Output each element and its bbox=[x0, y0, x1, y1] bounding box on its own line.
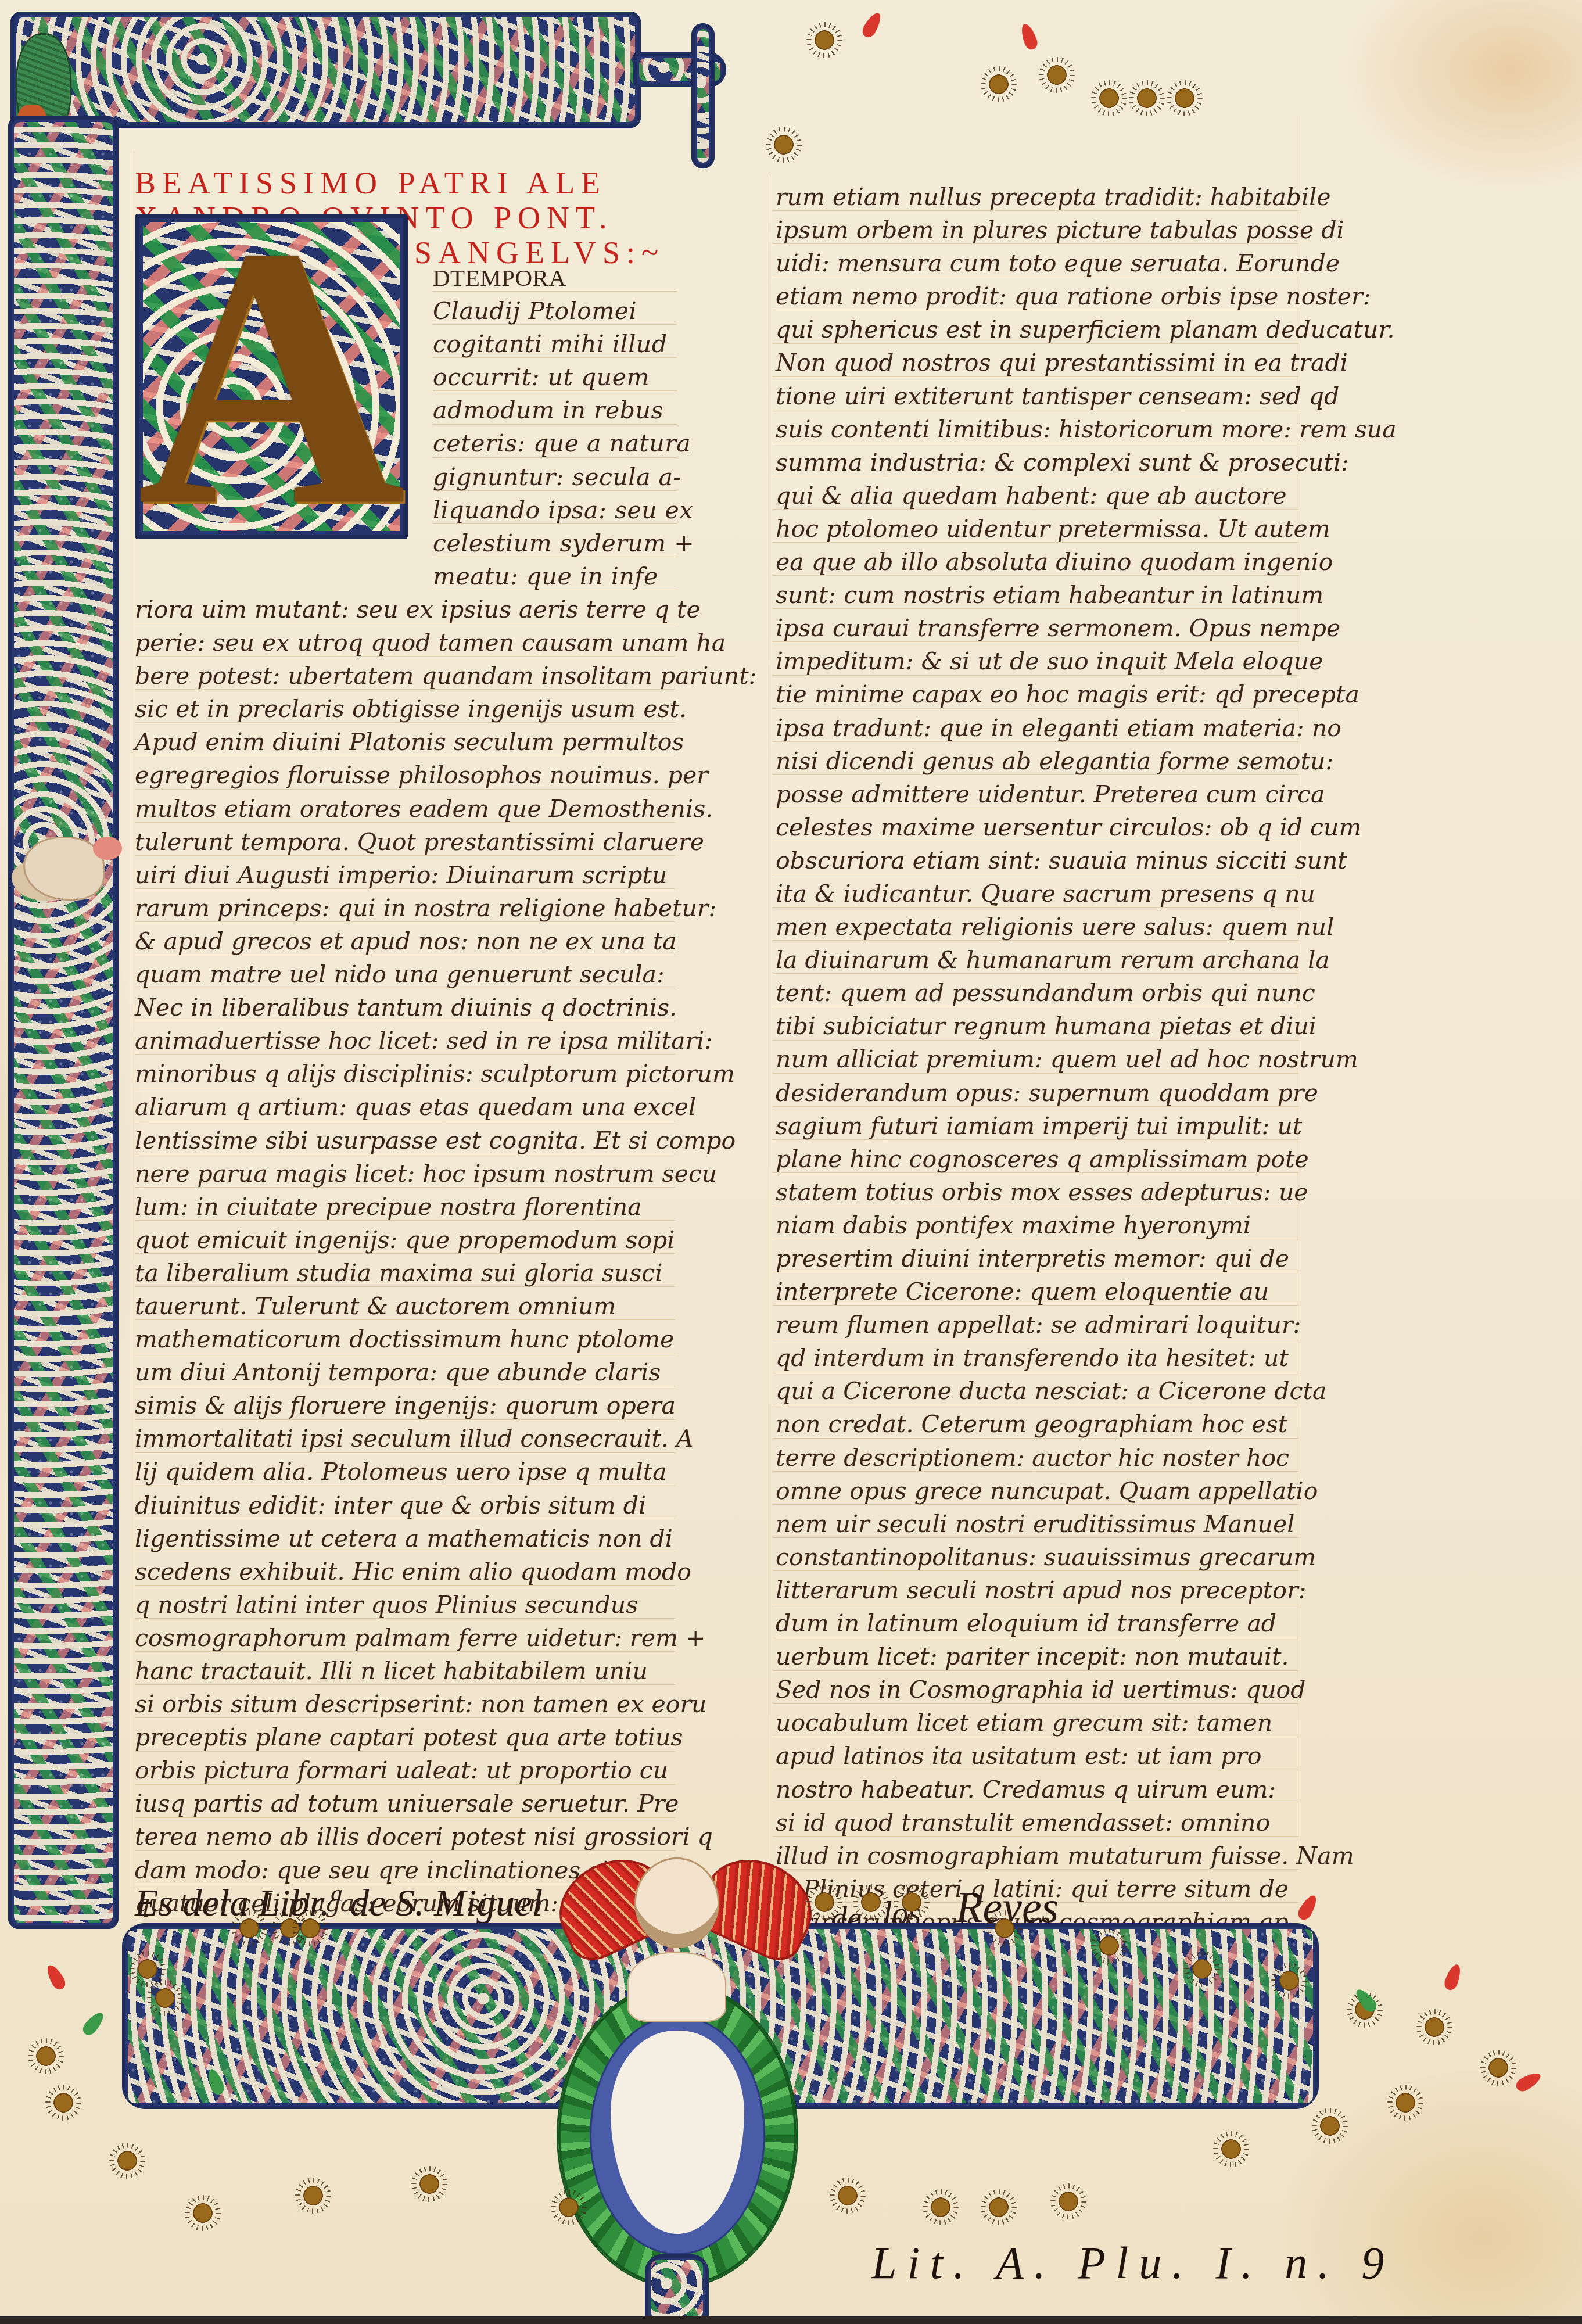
text-line: si orbis situm descripserint: non tamen … bbox=[135, 1688, 756, 1721]
text-line: sic et in preclaris obtigisse ingenijs u… bbox=[135, 693, 756, 726]
gold-dot-flourish-icon bbox=[993, 1917, 1016, 1939]
text-line: si id quod transtulit emendasset: omnino bbox=[776, 1806, 1397, 1839]
gold-dot-flourish-icon bbox=[1220, 2138, 1242, 2160]
text-line: nisi dicendi genus ab elegantia forme se… bbox=[776, 745, 1397, 778]
text-line: ligentissime ut cetera a mathematicis no… bbox=[135, 1522, 756, 1555]
text-line: riora uim mutant: seu ex ipsius aeris te… bbox=[135, 593, 756, 626]
gold-dot-flourish-icon bbox=[418, 2173, 440, 2195]
gold-dot-flourish-icon bbox=[1394, 2092, 1416, 2114]
text-line: statem totius orbis mox esses adepturus:… bbox=[776, 1176, 1397, 1209]
initial-letter: A bbox=[135, 214, 408, 539]
gold-dot-flourish-icon bbox=[299, 1917, 321, 1939]
gold-dot-flourish-icon bbox=[154, 1987, 176, 2009]
cherub-torso-icon bbox=[627, 1952, 726, 2022]
text-line: uerbum licet: pariter incepit: non mutau… bbox=[776, 1640, 1397, 1673]
border-dots bbox=[14, 128, 113, 1917]
text-line: nostro habeatur. Credamus q uirum eum: bbox=[776, 1773, 1397, 1806]
text-line: aliarum q artium: quas etas quedam una e… bbox=[135, 1091, 756, 1124]
text-line: obscuriora etiam sint: suauia minus sicc… bbox=[776, 844, 1397, 877]
text-line: Nec in liberalibus tantum diuinis q doct… bbox=[135, 991, 756, 1024]
text-line: lentissime sibi usurpasse est cognita. E… bbox=[135, 1124, 756, 1157]
text-line: men expectata religionis uere salus: que… bbox=[776, 910, 1397, 944]
text-line: meatu: que in infe bbox=[433, 560, 694, 593]
text-line: Non quod nostros qui prestantissimi in e… bbox=[776, 346, 1397, 379]
text-line: nere parua magis licet: hoc ipsum nostru… bbox=[135, 1157, 756, 1190]
text-line: interprete Cicerone: quem eloquentie au bbox=[776, 1275, 1397, 1308]
text-line: la diuinarum & humanarum rerum archana l… bbox=[776, 944, 1397, 977]
text-line: mathematicorum doctissimum hunc ptolome bbox=[135, 1323, 756, 1356]
shelfmark: Lit. A. Plu. I. n. 9 bbox=[871, 2237, 1394, 2289]
gold-dot-flourish-icon bbox=[988, 2196, 1010, 2218]
gold-dot-flourish-icon bbox=[137, 1958, 159, 1980]
text-line: ipsum orbem in plures picture tabulas po… bbox=[776, 214, 1397, 247]
gold-dot-flourish-icon bbox=[1487, 2057, 1509, 2079]
text-line: animaduertisse hoc licet: sed in re ipsa… bbox=[135, 1024, 756, 1057]
phoenix-crest-icon bbox=[93, 837, 122, 860]
text-line: tie minime capax eo hoc magis erit: qd p… bbox=[776, 678, 1397, 711]
text-line: ipsa tradunt: que in eleganti etiam mate… bbox=[776, 712, 1397, 745]
text-line: celestium syderum + bbox=[433, 527, 694, 560]
text-line: iusq partis ad totum uniuersale seruetur… bbox=[135, 1787, 756, 1820]
text-line: uidi: mensura cum toto eque seruata. Eor… bbox=[776, 247, 1397, 280]
text-line: bere potest: ubertatem quandam insolitam… bbox=[135, 659, 756, 693]
text-line: egregregios floruisse philosophos nouimu… bbox=[135, 759, 756, 792]
text-line: q nostri latini inter quos Plinius secun… bbox=[135, 1588, 756, 1622]
left-column: riora uim mutant: seu ex ipsius aeris te… bbox=[135, 593, 756, 2053]
text-line: constantinopolitanus: suauissimus grecar… bbox=[776, 1541, 1397, 1574]
illuminated-initial: A bbox=[135, 214, 408, 539]
gold-dot-flourish-icon bbox=[1136, 87, 1158, 109]
text-line: ta liberalium studia maxima sui gloria s… bbox=[135, 1257, 756, 1290]
left-column-beside-initial: DTEMPORA Claudij Ptolomei cogitanti mihi… bbox=[433, 261, 694, 593]
text-line: scedens exhibuit. Hic enim alio quodam m… bbox=[135, 1555, 756, 1588]
text-line: ita & iudicantur. Quare sacrum presens q… bbox=[776, 877, 1397, 910]
text-line: terre descriptionem: auctor hic noster h… bbox=[776, 1441, 1397, 1475]
gold-dot-flourish-icon bbox=[813, 1891, 835, 1913]
gold-dot-flourish-icon bbox=[813, 29, 835, 51]
gold-dot-flourish-icon bbox=[35, 2045, 57, 2067]
text-line: plane hinc cognosceres q amplissimam pot… bbox=[776, 1143, 1397, 1176]
text-line: Sed nos in Cosmographia id uertimus: quo… bbox=[776, 1673, 1397, 1706]
text-line: diuinitus edidit: inter que & orbis situ… bbox=[135, 1489, 756, 1522]
text-line: niam dabis pontifex maxime hyeronymi bbox=[776, 1209, 1397, 1242]
text-line: uiri diui Augusti imperio: Diuinarum scr… bbox=[135, 859, 756, 892]
text-line: tulerunt tempora. Quot prestantissimi cl… bbox=[135, 826, 756, 859]
cherub-icon bbox=[636, 1859, 718, 1946]
text-line: lij quidem alia. Ptolomeus uero ipse q m… bbox=[135, 1455, 756, 1489]
text-line: illud in cosmographiam mutaturum fuisse.… bbox=[776, 1839, 1397, 1873]
text-line: impeditum: & si ut de suo inquit Mela el… bbox=[776, 645, 1397, 678]
top-vine-spur-icon bbox=[691, 23, 715, 168]
text-line: cogitanti mihi illud bbox=[433, 328, 694, 361]
text-line: nem uir seculi nostri eruditissimus Manu… bbox=[776, 1508, 1397, 1541]
gold-dot-flourish-icon bbox=[116, 2150, 138, 2172]
gold-dot-flourish-icon bbox=[302, 2185, 324, 2207]
text-line: terea nemo ab illis doceri potest nisi g… bbox=[135, 1820, 756, 1853]
text-line: perie: seu ex utroq quod tamen causam un… bbox=[135, 626, 756, 659]
gold-dot-flourish-icon bbox=[1174, 87, 1196, 109]
gold-dot-flourish-icon bbox=[1423, 2016, 1445, 2038]
text-line: etiam nemo prodit: qua ratione orbis ips… bbox=[776, 280, 1397, 313]
text-line: rarum princeps: qui in nostra religione … bbox=[135, 892, 756, 925]
gold-dot-flourish-icon bbox=[860, 1891, 882, 1913]
text-line: quot emicuit ingenijs: que propemodum so… bbox=[135, 1224, 756, 1257]
wreath-stem-ornament-icon bbox=[645, 2254, 709, 2324]
ruling-margin-left bbox=[134, 151, 134, 1888]
text-line: reum flumen appellat: se admirari loquit… bbox=[776, 1308, 1397, 1342]
gold-dot-flourish-icon bbox=[773, 134, 795, 156]
text-line: cosmographorum palmam ferre uidetur: rem… bbox=[135, 1622, 756, 1655]
page-bottom-edge bbox=[0, 2316, 1582, 2324]
gold-dot-flourish-icon bbox=[1278, 1970, 1300, 1992]
text-line: ipsa curaui transferre sermonem. Opus ne… bbox=[776, 612, 1397, 645]
text-line: quam matre uel nido una genuerunt secula… bbox=[135, 958, 756, 991]
text-line: qui sphericus est in superficiem planam … bbox=[776, 313, 1397, 346]
gold-dot-flourish-icon bbox=[1191, 1958, 1213, 1980]
gold-dot-flourish-icon bbox=[901, 1891, 923, 1913]
text-line: summa industria: & complexi sunt & prose… bbox=[776, 446, 1397, 479]
text-line: DTEMPORA bbox=[433, 261, 694, 295]
gold-dot-flourish-icon bbox=[1098, 87, 1120, 109]
text-line: immortalitati ipsi seculum illud consecr… bbox=[135, 1422, 756, 1455]
gold-dot-flourish-icon bbox=[1098, 1935, 1120, 1957]
gold-dot-flourish-icon bbox=[837, 2185, 859, 2207]
text-line: admodum in rebus bbox=[433, 394, 694, 427]
text-line: suis contenti limitibus: historicorum mo… bbox=[776, 413, 1397, 446]
top-vine-border-icon bbox=[10, 12, 641, 128]
gold-dot-flourish-icon bbox=[52, 2092, 74, 2114]
text-line: sagium futuri iamiam imperij tui impulit… bbox=[776, 1110, 1397, 1143]
text-line: tione uiri extiterunt tantisper censeam:… bbox=[776, 380, 1397, 413]
text-line: celestes maxime uersentur circulos: ob q… bbox=[776, 811, 1397, 844]
text-line: tent: quem ad pessundandum orbis qui nun… bbox=[776, 977, 1397, 1010]
text-line: num alliciat premium: quem uel ad hoc no… bbox=[776, 1043, 1397, 1076]
text-line: hoc ptolomeo uidentur pretermissa. Ut au… bbox=[776, 512, 1397, 546]
right-column: rum etiam nullus precepta tradidit: habi… bbox=[776, 181, 1397, 2071]
text-line: apud latinos ita usitatum est: ut iam pr… bbox=[776, 1740, 1397, 1773]
gold-dot-flourish-icon bbox=[1319, 2115, 1341, 2137]
text-line: qd interdum in transferendo ita hesitet:… bbox=[776, 1342, 1397, 1375]
text-line: gignuntur: secula a- bbox=[433, 461, 694, 494]
text-line: uocabulum licet etiam grecum sit: tamen bbox=[776, 1706, 1397, 1740]
text-line: litterarum seculi nostri apud nos precep… bbox=[776, 1574, 1397, 1607]
text-line: & apud grecos et apud nos: non ne ex una… bbox=[135, 925, 756, 958]
text-line: rum etiam nullus precepta tradidit: habi… bbox=[776, 181, 1397, 214]
text-line: ea que ab illo absoluta diuino quodam in… bbox=[776, 546, 1397, 579]
text-line: Apud enim diuini Platonis seculum permul… bbox=[135, 726, 756, 759]
text-line: Claudij Ptolomei bbox=[433, 295, 694, 328]
gold-dot-flourish-icon bbox=[1046, 64, 1068, 86]
text-line: tauerunt. Tulerunt & auctorem omnium bbox=[135, 1290, 756, 1323]
gold-dot-flourish-icon bbox=[192, 2202, 214, 2224]
text-line: desiderandum opus: supernum quoddam pre bbox=[776, 1077, 1397, 1110]
text-line: preceptis plane captari potest qua arte … bbox=[135, 1721, 756, 1754]
text-line: tibi subiciatur regnum humana pietas et … bbox=[776, 1010, 1397, 1043]
text-line: sunt: cum nostris etiam habeantur in lat… bbox=[776, 579, 1397, 612]
text-line: ceteris: que a natura bbox=[433, 427, 694, 460]
text-line: qui a Cicerone ducta nesciat: a Cicerone… bbox=[776, 1375, 1397, 1408]
text-line: non credat. Ceterum geographiam hoc est bbox=[776, 1408, 1397, 1441]
text-line: um diui Antonij tempora: que abunde clar… bbox=[135, 1356, 756, 1389]
ruling-margin-right-col bbox=[770, 174, 770, 1859]
text-line: occurrit: ut quem bbox=[433, 361, 694, 394]
text-line: dum in latinum eloquium id transferre ad bbox=[776, 1607, 1397, 1640]
text-line: hanc tractauit. Illi n licet habitabilem… bbox=[135, 1655, 756, 1688]
text-line: liquando ipsa: seu ex bbox=[433, 494, 694, 527]
laurel-wreath-icon bbox=[558, 1984, 797, 2286]
text-line: posse admittere uidentur. Preterea cum c… bbox=[776, 778, 1397, 811]
rubric-line-1: BEATISSIMO PATRI ALE bbox=[135, 166, 607, 200]
gold-dot-flourish-icon bbox=[558, 2196, 580, 2218]
text-line: omne opus grece nuncupat. Quam appellati… bbox=[776, 1475, 1397, 1508]
gold-dot-flourish-icon bbox=[988, 73, 1010, 95]
text-line: multos etiam oratores eadem que Demosthe… bbox=[135, 792, 756, 826]
gold-dot-flourish-icon bbox=[1057, 2190, 1079, 2212]
text-line: orbis pictura formari ualeat: ut proport… bbox=[135, 1754, 756, 1787]
text-line: qui & alia quedam habent: que ab auctore bbox=[776, 479, 1397, 512]
gold-dot-flourish-icon bbox=[238, 1917, 260, 1939]
ownership-note-part1: Es dela Libr.ª de S. Miguel bbox=[135, 1881, 543, 1925]
text-line: minoribus q alijs disciplinis: sculptoru… bbox=[135, 1057, 756, 1091]
text-line: lum: in ciuitate precipue nostra florent… bbox=[135, 1190, 756, 1224]
text-line: simis & alijs floruere ingenijs: quorum … bbox=[135, 1389, 756, 1422]
text-line: presertim diuini interpretis memor: qui … bbox=[776, 1242, 1397, 1275]
gold-dot-flourish-icon bbox=[930, 2196, 952, 2218]
